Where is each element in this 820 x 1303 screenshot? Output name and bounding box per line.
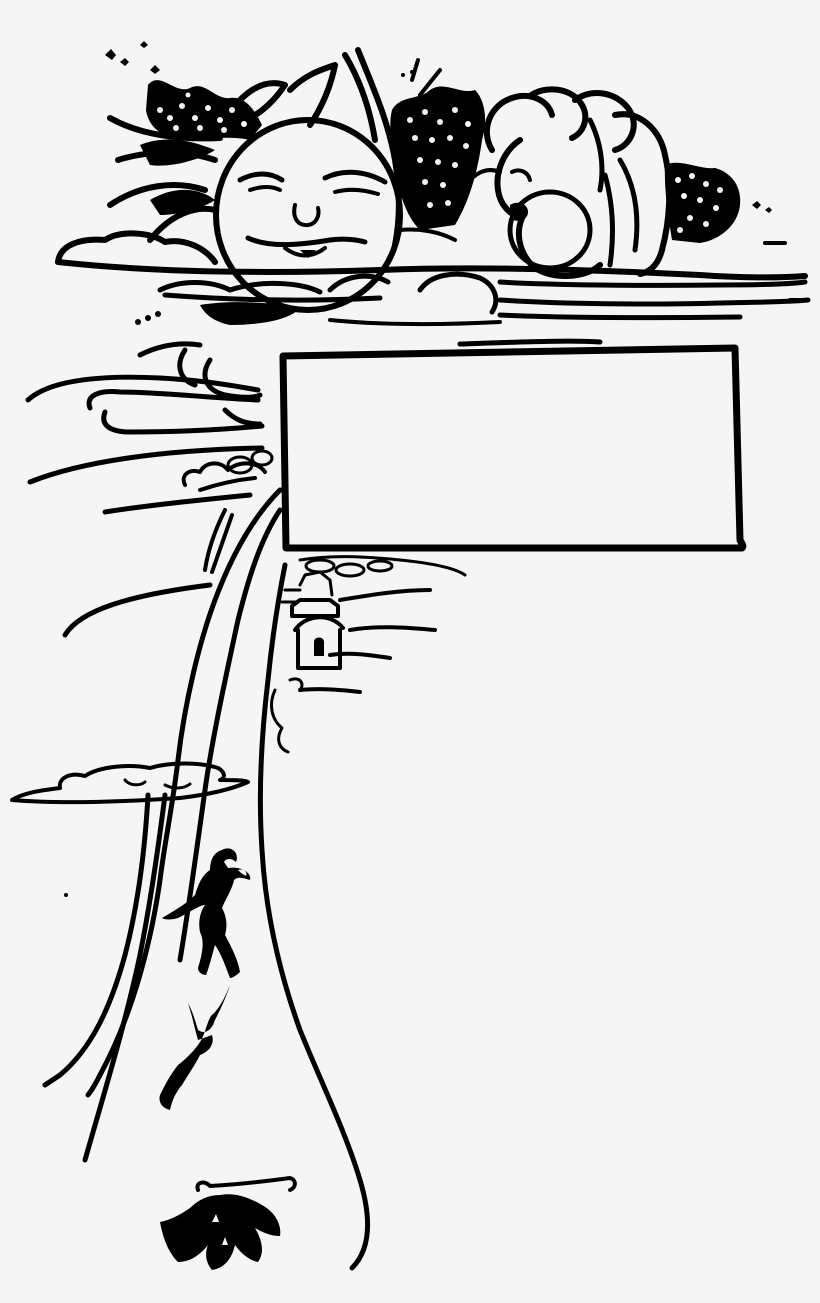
cherub-wind-face (470, 89, 669, 276)
blank-title-panel (283, 341, 743, 548)
illustration-canvas (0, 0, 820, 1303)
bush-silhouette (160, 1178, 295, 1270)
grape-foliage-center (390, 60, 485, 230)
grape-foliage-right (665, 163, 772, 243)
cloud-bank (58, 229, 808, 325)
wind-swirls (28, 344, 262, 635)
walking-figure (162, 848, 250, 978)
figure-shadow (159, 985, 230, 1110)
small-cloud (12, 764, 248, 803)
